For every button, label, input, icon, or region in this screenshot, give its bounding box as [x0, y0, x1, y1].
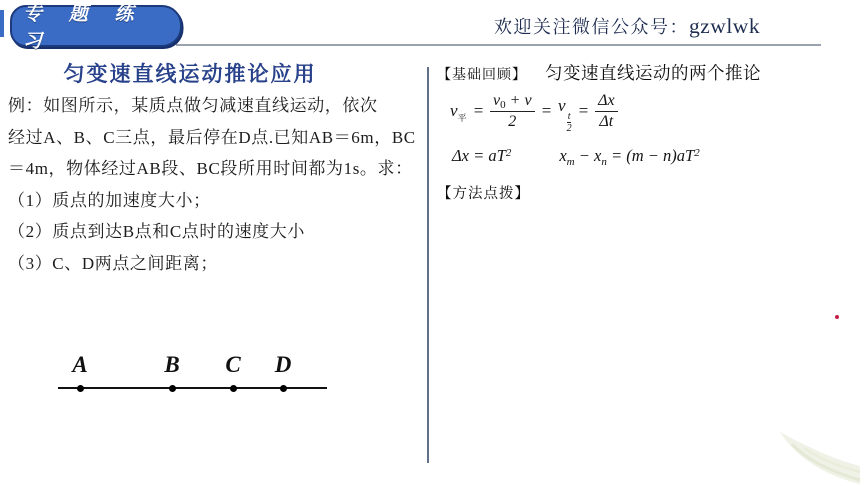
problem-text: 例：如图所示，某质点做匀减速直线运动，依次 经过A、B、C三点，最后停在D点.已… [8, 90, 424, 279]
point-dot-d [280, 385, 287, 392]
point-label-d: D [275, 352, 292, 378]
formula-dx-aT2: Δx = aT2 [452, 146, 511, 166]
formula-var-v-avg: v平 [450, 101, 467, 121]
point-dot-b [169, 385, 176, 392]
fraction-numerator: v0 + v [490, 92, 535, 112]
subscript-ping: 平 [458, 111, 467, 124]
topic-badge-label: 专 题 练 习 [12, 0, 180, 53]
problem-line: ＝4m，物体经过AB段、BC段所用时间都为1s。求： [8, 153, 424, 185]
motion-diagram: A B C D [58, 352, 338, 400]
point-label-a: A [72, 352, 87, 378]
page-title: 匀变速直线运动推论应用 [0, 58, 380, 88]
problem-line: （2）质点到达B点和C点时的速度大小 [8, 216, 424, 248]
point-dot-a [77, 385, 84, 392]
slide: 专 题 练 习 欢迎关注微信公众号： gzwlwk 匀变速直线运动推论应用 例：… [0, 0, 864, 486]
point-dot-c [230, 385, 237, 392]
superscript-two: 2 [506, 147, 512, 159]
problem-line: （3）C、D两点之间距离； [8, 248, 424, 280]
formula-average-velocity: v平 = v0 + v 2 = vt2 = Δx Δt [450, 90, 618, 132]
wechat-account-id: gzwlwk [689, 14, 760, 39]
problem-line: 经过A、B、C三点，最后停在D点.已知AB＝6m，BC [8, 122, 424, 154]
formula-var-v-mid-time: vt2 [558, 96, 572, 127]
topic-badge: 专 题 练 习 [10, 5, 182, 47]
formula-displacement-difference: Δx = aT2 xm − xn = (m − n)aT2 [452, 146, 700, 166]
formula-xm-xn: xm − xn = (m − n)aT2 [559, 146, 699, 166]
wechat-banner-label: 欢迎关注微信公众号： [494, 13, 689, 39]
header-divider-line [176, 44, 821, 46]
column-divider [427, 67, 429, 463]
fraction-denominator: Δt [599, 112, 613, 131]
subscript-t-over-2: t2 [567, 111, 572, 135]
fraction-denominator: 2 [508, 112, 516, 131]
fraction-dx-over-dt: Δx Δt [595, 92, 618, 130]
point-label-c: C [225, 352, 240, 378]
motion-line [58, 387, 327, 389]
problem-line: 例：如图所示，某质点做匀减速直线运动，依次 [8, 90, 424, 122]
methods-tag: 【方法点拨】 [437, 182, 530, 203]
subscript-n: n [601, 156, 607, 168]
leaf-watermark [752, 414, 862, 486]
fraction-numerator: Δx [595, 92, 618, 112]
basics-tag: 【基础回顾】 [437, 64, 527, 84]
wechat-banner: 欢迎关注微信公众号： gzwlwk [494, 13, 760, 39]
laser-pointer-dot [835, 315, 839, 319]
equals-sign: = [578, 101, 589, 121]
point-label-b: B [164, 352, 179, 378]
subscript-m: m [567, 156, 575, 168]
fraction-v0-plus-v-over-2: v0 + v 2 [490, 92, 535, 130]
basics-header: 【基础回顾】 匀变速直线运动的两个推论 [437, 60, 761, 85]
subscript-zero: 0 [500, 99, 506, 111]
left-edge-accent-bar [0, 10, 4, 37]
basics-title: 匀变速直线运动的两个推论 [545, 60, 761, 85]
equals-sign: = [473, 101, 484, 121]
problem-line: （1）质点的加速度大小； [8, 185, 424, 217]
superscript-two: 2 [694, 147, 700, 159]
equals-sign: = [541, 101, 552, 121]
